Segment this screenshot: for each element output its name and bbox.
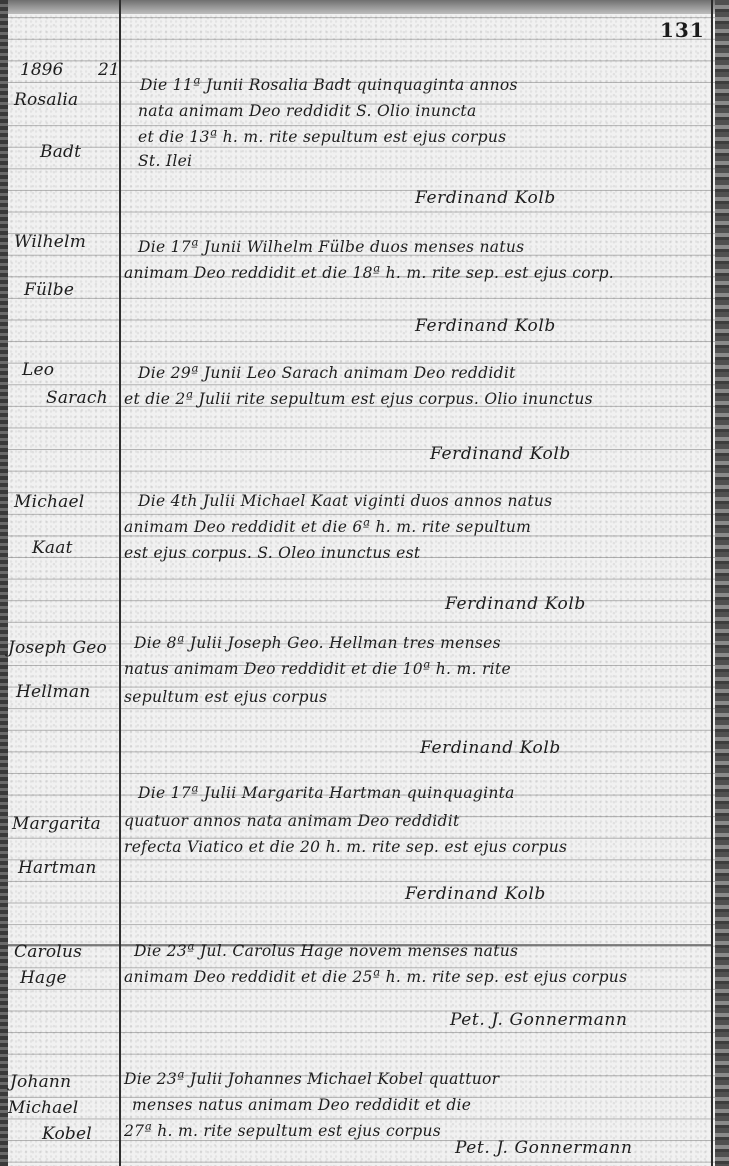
margin-name-surname: Fülbe	[24, 282, 74, 299]
margin-name-given: Joseph Geo	[8, 640, 107, 657]
margin-name-surname: Sarach	[46, 390, 108, 407]
entry-text-line: Die 23ª Jul. Carolus Hage novem menses n…	[134, 944, 518, 960]
entry-text-line: refecta Viatico et die 20 h. m. rite sep…	[124, 840, 567, 856]
scan-left-edge	[0, 0, 8, 1166]
margin-name-surname: Kaat	[32, 540, 73, 557]
priest-signature: Ferdinand Kolb	[415, 318, 556, 335]
entry-text-line: et die 2ª Julii rite sepultum est ejus c…	[124, 392, 593, 408]
margin-name-surname: Hellman	[16, 684, 90, 701]
priest-signature: Ferdinand Kolb	[415, 190, 556, 207]
entry-text-line: animam Deo reddidit et die 6ª h. m. rite…	[124, 520, 531, 536]
entry-count-label: 21	[98, 62, 120, 79]
page-number: 131	[660, 18, 705, 42]
scan-top-edge	[0, 0, 729, 14]
margin-name-given: Carolus	[14, 944, 82, 961]
entry-text-line: natus animam Deo reddidit et die 10ª h. …	[124, 662, 511, 678]
margin-name-given: Johann	[10, 1074, 71, 1091]
entry-text-line: et die 13ª h. m. rite sepultum est ejus …	[138, 130, 506, 146]
priest-signature: Ferdinand Kolb	[430, 446, 571, 463]
margin-name-given: Wilhelm	[14, 234, 86, 251]
entry-text-line: animam Deo reddidit et die 25ª h. m. rit…	[124, 970, 627, 986]
entry-text-line: Die 17ª Junii Wilhelm Fülbe duos menses …	[138, 240, 524, 256]
register-page: 131 1896 21 Rosalia Badt Die 11ª Junii R…	[0, 0, 729, 1166]
year-label: 1896	[20, 62, 63, 79]
entry-text-line: animam Deo reddidit et die 18ª h. m. rit…	[124, 266, 614, 282]
margin-name-surname: Hartman	[18, 860, 97, 877]
priest-signature: Pet. J. Gonnermann	[455, 1140, 633, 1157]
priest-signature: Pet. J. Gonnermann	[450, 1012, 628, 1029]
priest-signature: Ferdinand Kolb	[420, 740, 561, 757]
right-border-rule	[711, 0, 713, 1166]
margin-name-given: Rosalia	[14, 92, 78, 109]
entry-text-line: Die 29ª Junii Leo Sarach animam Deo redd…	[138, 366, 516, 382]
entry-text-line: nata animam Deo reddidit S. Olio inuncta	[138, 104, 477, 120]
priest-signature: Ferdinand Kolb	[445, 596, 586, 613]
entry-text-line: St. Ilei	[138, 154, 192, 170]
margin-name-middle: Michael	[8, 1100, 78, 1117]
margin-name-given: Michael	[14, 494, 84, 511]
entry-text-line: menses natus animam Deo reddidit et die	[132, 1098, 471, 1114]
entry-text-line: 27ª h. m. rite sepultum est ejus corpus	[124, 1124, 441, 1140]
entry-text-line: Die 8ª Julii Joseph Geo. Hellman tres me…	[134, 636, 501, 652]
entry-text-line: est ejus corpus. S. Oleo inunctus est	[124, 546, 420, 562]
margin-name-given: Leo	[22, 362, 54, 379]
priest-signature: Ferdinand Kolb	[405, 886, 546, 903]
margin-name-surname: Hage	[20, 970, 67, 987]
entry-text-line: Die 11ª Junii Rosalia Badt quinquaginta …	[140, 78, 518, 94]
entry-text-line: sepultum est ejus corpus	[124, 690, 327, 706]
entry-text-line: Die 4th Julii Michael Kaat viginti duos …	[138, 494, 552, 510]
entry-text-line: quatuor annos nata animam Deo reddidit	[124, 814, 460, 830]
entry-text-line: Die 17ª Julii Margarita Hartman quinquag…	[138, 786, 515, 802]
margin-column-rule	[119, 0, 121, 1166]
entry-text-line: Die 23ª Julii Johannes Michael Kobel qua…	[124, 1072, 499, 1088]
margin-name-given: Margarita	[12, 816, 101, 833]
margin-name-surname: Badt	[40, 144, 81, 161]
margin-name-surname: Kobel	[42, 1126, 92, 1143]
scan-right-edge	[715, 0, 729, 1166]
